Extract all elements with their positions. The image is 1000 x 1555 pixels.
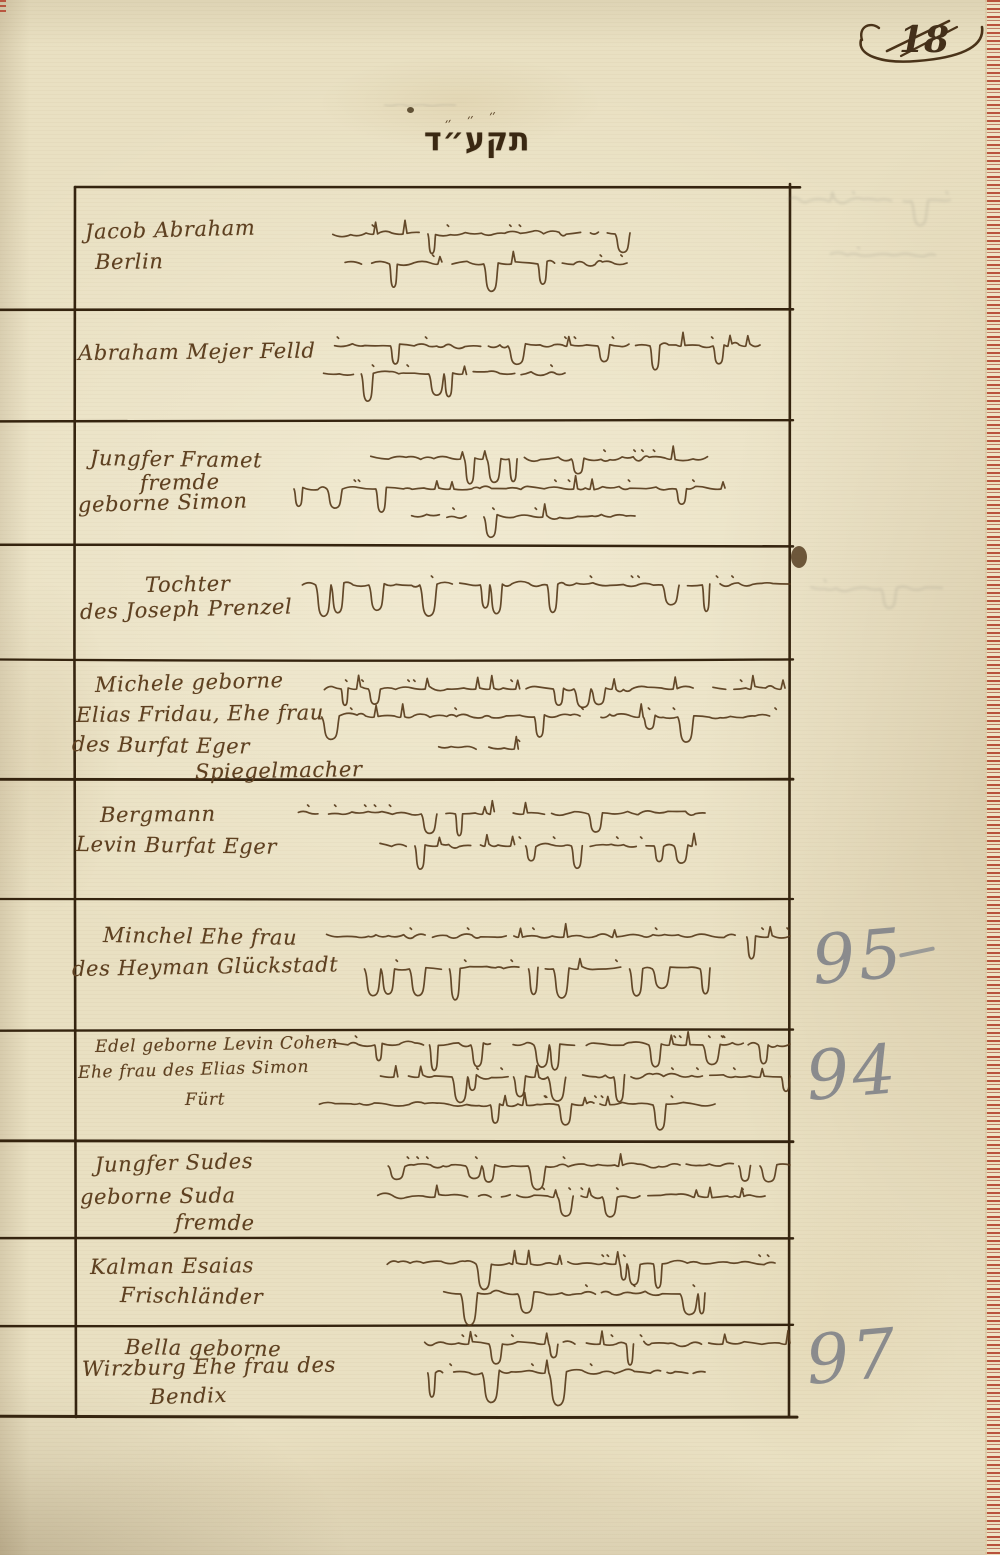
entry-name-line: Michele geborne [95, 668, 284, 697]
folio-number-flourish: 18 [855, 10, 995, 72]
bleedthrough-mark [811, 580, 942, 608]
table-rule [0, 1029, 793, 1030]
entry-name-line: Elias Fridau, Ehe frau [76, 700, 324, 727]
hebrew-script-line [319, 1093, 715, 1130]
hebrew-script-line [425, 1331, 790, 1365]
entry-name-line: Jacob Abraham [85, 216, 256, 244]
table-rule [0, 420, 793, 421]
hebrew-script-line [324, 365, 565, 401]
manuscript-page: Jacob AbrahamBerlinAbraham Mejer FelldJu… [0, 0, 1000, 1555]
table-border-left [74, 187, 76, 1417]
hebrew-script-line [428, 1360, 705, 1405]
book-fore-edge [985, 0, 1000, 1555]
table-rule [0, 779, 793, 780]
hebrew-script-line [439, 737, 520, 750]
entry-name-line: Jungfer Sudes [95, 1149, 254, 1177]
entry-name-line: Minchel Ehe frau [103, 923, 298, 950]
entry-name-line: Berlin [95, 249, 164, 274]
entry-name-line: Bergmann [100, 802, 216, 827]
hebrew-script-line [294, 476, 725, 512]
hebrew-script-line [371, 446, 708, 484]
hebrew-script-line [387, 1251, 775, 1290]
table-rule [0, 1416, 797, 1417]
hebrew-script-line [378, 1185, 765, 1217]
entry-name-line: Wirzburg Ehe frau des [82, 1353, 336, 1381]
entry-name-line: Kalman Esaias [90, 1253, 254, 1279]
pencil-number: 94 [803, 1030, 902, 1117]
folio-number: 18 [899, 19, 949, 61]
table-rule [0, 309, 793, 310]
entry-name-line: geborne Simon [78, 489, 248, 517]
hebrew-script-line [333, 220, 630, 253]
hebrew-script-line [327, 924, 790, 959]
entry-name-line: Levin Burfat Eger [76, 832, 277, 859]
bleedthrough-mark [789, 192, 951, 225]
entry-name-line: Tochter [145, 572, 231, 597]
table-rule [0, 1325, 793, 1326]
entry-name-line: Edel geborne Levin Cohen [95, 1033, 338, 1057]
table-rule [0, 545, 793, 547]
hebrew-script-line [324, 675, 785, 707]
bleedthrough-mark [831, 247, 935, 257]
hebrew-script-line [298, 801, 705, 836]
hebrew-script-line [365, 959, 711, 1000]
hebrew-script-line [380, 833, 696, 869]
hebrew-script-line [444, 1285, 705, 1325]
entry-name-line: Bendix [150, 1383, 228, 1409]
table-rule [0, 659, 793, 660]
hebrew-script-line [334, 1032, 790, 1071]
hebrew-script-line [412, 504, 635, 537]
header-hebrew-year: תקע״ד [424, 121, 531, 159]
hebrew-script-line [322, 704, 777, 742]
bleedthrough-mark [385, 104, 455, 107]
entry-name-line: Spiegelmacher [195, 757, 363, 784]
hebrew-script-line [345, 252, 627, 292]
entry-name-line: geborne Suda [80, 1183, 236, 1209]
entry-name-line: Fürt [185, 1090, 225, 1110]
pencil-number: 95 [809, 914, 908, 1001]
entry-name-line: des Heyman Glückstadt [72, 952, 339, 981]
pencil-number: 97 [803, 1314, 902, 1401]
entry-name-line: Jungfer Framet [90, 446, 262, 472]
hebrew-script-line [302, 576, 790, 616]
hebrew-script-line [388, 1154, 790, 1190]
entry-name-line: Frischländer [120, 1283, 264, 1309]
hebrew-script-line [335, 332, 760, 369]
entry-name-line: Abraham Mejer Felld [78, 339, 316, 365]
ink-blot [791, 546, 807, 568]
table-border-right [789, 184, 791, 1417]
table-rule [0, 899, 793, 900]
table-rule [0, 1141, 793, 1142]
ink-dot [407, 107, 414, 113]
entry-name-line: fremde [175, 1210, 255, 1235]
entry-name-line: des Burfat Eger [72, 732, 250, 758]
